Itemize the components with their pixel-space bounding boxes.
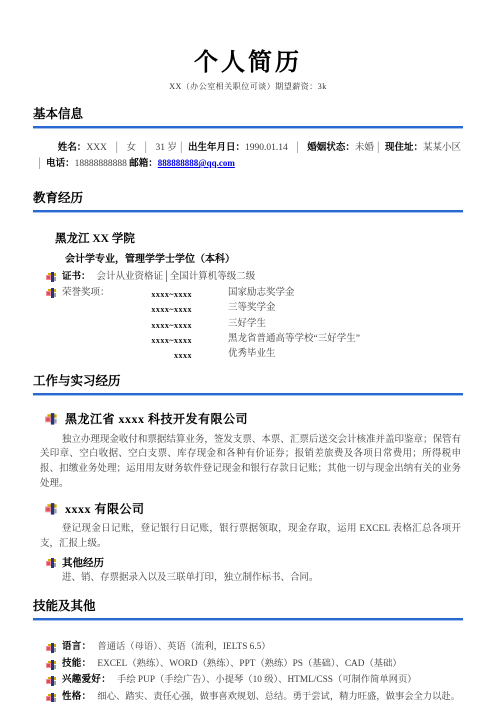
award-name: 三好学生 [228,318,463,332]
address-value: 某某小区 [423,143,461,153]
work-heading: 工作与实习经历 [33,374,463,389]
skill-row: 兴趣爱好： 手绘 PUP（手绘广告）、小提琴（10 级）、HTML/CSS（可制… [46,672,463,689]
award-name: 国家励志奖学金 [228,287,463,301]
section-divider [33,210,463,213]
cert-label: 证书： [62,271,91,285]
page-subtitle: XX（办公室相关职位可谈）期望薪资：3k [33,81,463,93]
phone-label: 电话： [46,159,75,169]
separator: │ [36,159,43,169]
section-basic-info: 基本信息 姓名：XXX │ 女 │ 31 岁│ 出生年月日：1990.01.14… [33,107,463,173]
other-experience-label: 其他经历 [62,557,104,571]
separator: │ [294,143,301,153]
company-description: 独立办理现金收付和票据结算业务，签发支票、本票、汇票后送交会计核准并盖印鉴章；保… [40,433,461,492]
company-name: 黑龙江省 xxxx 科技开发有限公司 [65,411,248,428]
company-description: 登记现金日记账，登记银行日记账，银行票据领取，现金存取，运用 EXCEL 表格汇… [40,522,461,552]
basic-info-heading: 基本信息 [33,107,463,122]
skill-label: 兴趣爱好： [62,672,111,689]
other-experience-description: 进、销、存票据录入以及三联单打印，独立制作标书、合同。 [62,571,461,585]
age-value: 31 岁 [155,143,176,153]
marital-label: 婚姻状态： [307,143,355,153]
address-label: 现住址： [385,143,423,153]
separator: │ [142,143,149,153]
email-label: 邮箱： [129,159,158,169]
cert-value: 会计从业资格证│全国计算机等级二级 [97,271,256,285]
skill-label: 性格： [62,689,91,702]
separator: │ [375,143,382,153]
award-period: xxxx~xxxx [130,287,192,301]
skill-label: 技能： [62,656,91,673]
award-name: 黑龙省普通高等学校“三好学生” [228,333,463,347]
email-link[interactable]: 888888888@qq.com [158,158,235,168]
colored-marker-icon [45,503,59,517]
colored-marker-icon [46,558,56,568]
skill-row: 语言： 普通话（母语）、英语（流利，IELTS 6.5） [46,639,463,656]
basic-info-paragraph: 姓名：XXX │ 女 │ 31 岁│ 出生年月日：1990.01.14 │ 婚姻… [35,141,461,173]
section-education: 教育经历 黑龙江 XX 学院 会计学专业，管理学学士学位（本科） 证书： 会计从… [33,191,463,363]
skill-text: 细心、踏实、责任心强，做事喜欢规划、总结。勇于尝试，精力旺盛，做事会全力以赴。 [97,689,460,702]
name-label: 姓名： [58,143,87,153]
colored-marker-icon [46,693,56,702]
name-value: XXX [86,143,107,153]
award-name: 三等奖学金 [228,302,463,316]
skill-text: EXCEL（熟练）、WORD（熟练）、PPT（熟练）PS（基础）、CAD（基础） [97,656,401,673]
skill-label: 语言： [62,639,91,656]
skill-text: 手绘 PUP（手绘广告）、小提琴（10 级）、HTML/CSS（可制作简单网页） [117,672,417,689]
education-heading: 教育经历 [33,191,463,206]
phone-value: 18888888888 [75,159,127,169]
gender-value: 女 [126,143,136,153]
skill-row: 技能： EXCEL（熟练）、WORD（熟练）、PPT（熟练）PS（基础）、CAD… [46,656,463,673]
skill-row: 性格： 细心、踏实、责任心强，做事喜欢规划、总结。勇于尝试，精力旺盛，做事会全力… [46,689,463,702]
colored-marker-icon [45,414,59,428]
colored-marker-icon [46,660,56,670]
birth-value: 1990.01.14 [245,143,288,153]
skills-heading: 技能及其他 [33,599,463,614]
awards-list: 荣誉奖项： xxxx~xxxx 国家励志奖学金 xxxx~xxxx 三等奖学金 … [46,287,463,362]
company-heading-row: xxxx 有限公司 [46,501,463,518]
award-period: xxxx~xxxx [130,333,192,347]
resume-page: 个人简历 XX（办公室相关职位可谈）期望薪资：3k 基本信息 姓名：XXX │ … [0,0,496,702]
school-name: 黑龙江 XX 学院 [55,231,463,248]
certificates-row: 证书： 会计从业资格证│全国计算机等级二级 [46,271,463,285]
award-period: xxxx [130,348,192,362]
section-work: 工作与实习经历 黑龙江省 xxxx 科技开发有限公司 独立办理现金收付和票据结算… [33,374,463,585]
skill-text: 普通话（母语）、英语（流利，IELTS 6.5） [97,639,270,656]
award-period: xxxx~xxxx [130,302,192,316]
awards-label: 荣誉奖项： [62,287,124,301]
award-period: xxxx~xxxx [130,318,192,332]
separator: │ [178,143,185,153]
award-name: 优秀毕业生 [228,348,463,362]
section-divider [33,393,463,396]
colored-marker-icon [46,676,56,686]
birth-label: 出生年月日： [188,143,245,153]
separator: │ [113,143,120,153]
company-heading-row: 黑龙江省 xxxx 科技开发有限公司 [46,411,463,428]
page-title: 个人简历 [33,48,463,78]
colored-marker-icon [46,272,56,282]
section-skills: 技能及其他 语言： 普通话（母语）、英语（流利，IELTS 6.5） 技能： E… [33,599,463,702]
company-name: xxxx 有限公司 [65,501,145,518]
colored-marker-icon [46,643,56,653]
section-divider [33,126,463,129]
degree-line: 会计学专业，管理学学士学位（本科） [65,253,463,268]
other-experience-row: 其他经历 [46,557,463,571]
skills-list: 语言： 普通话（母语）、英语（流利，IELTS 6.5） 技能： EXCEL（熟… [33,639,463,702]
section-divider [33,618,463,621]
colored-marker-icon [46,288,56,298]
marital-value: 未婚 [355,143,374,153]
